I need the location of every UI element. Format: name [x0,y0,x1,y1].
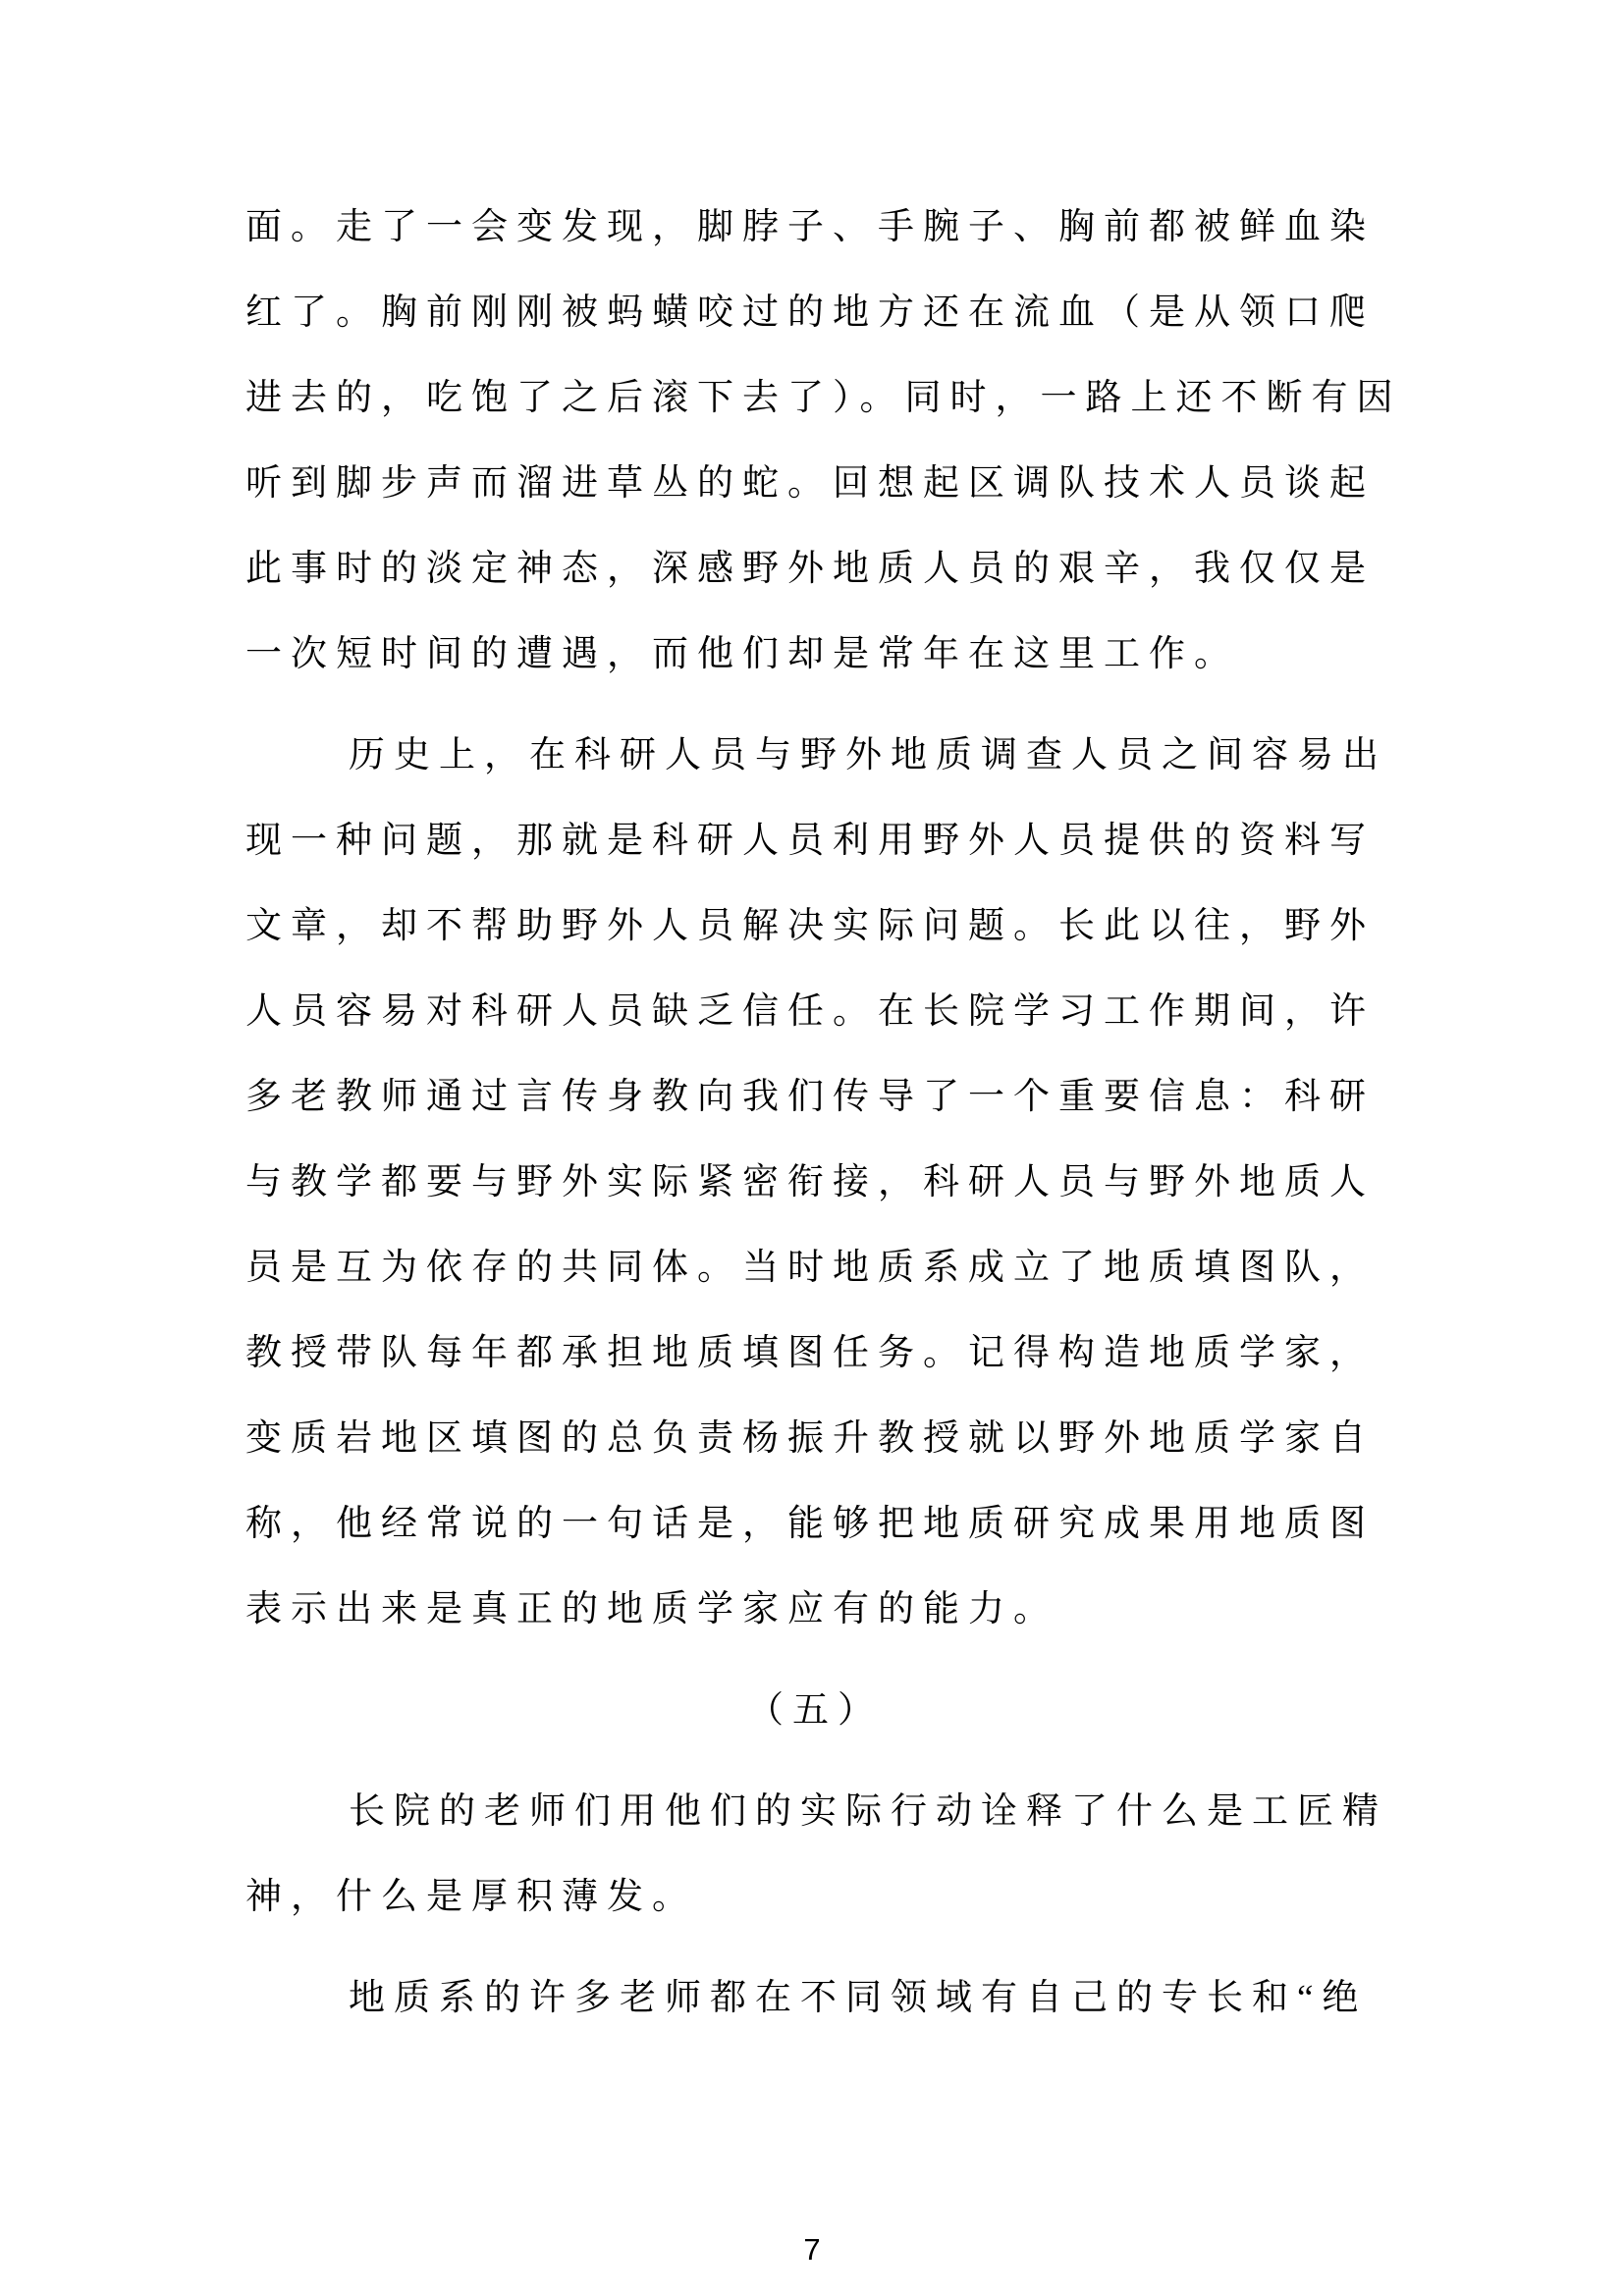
text-line: 教授带队每年都承担地质填图任务。记得构造地质学家， [245,1310,1384,1396]
text-line: 面。走了一会变发现，脚脖子、手腕子、胸前都被鲜血染 [245,185,1384,270]
text-line: 现一种问题，那就是科研人员利用野外人员提供的资料写 [245,798,1384,883]
text-line: 一次短时间的遭遇，而他们却是常年在这里工作。 [245,612,1384,697]
text-line: 此事时的淡定神态，深感野外地质人员的艰辛，我仅仅是 [245,526,1384,612]
document-page: 面。走了一会变发现，脚脖子、手腕子、胸前都被鲜血染 红了。胸前刚刚被蚂蟥咬过的地… [0,0,1624,2296]
paragraph: 地质系的许多老师都在不同领域有自己的专长和“绝 [245,1955,1384,2041]
paragraph: 长院的老师们用他们的实际行动诠释了什么是工匠精 神，什么是厚积薄发。 [245,1769,1384,1940]
text-line: 人员容易对科研人员缺乏信任。在长院学习工作期间，许 [245,969,1384,1054]
text-line: 红了。胸前刚刚被蚂蟥咬过的地方还在流血（是从领口爬 [245,270,1384,355]
text-line: 称，他经常说的一句话是，能够把地质研究成果用地质图 [245,1481,1384,1567]
text-line: 地质系的许多老师都在不同领域有自己的专长和“绝 [245,1955,1384,2041]
text-line: 历史上，在科研人员与野外地质调查人员之间容易出 [245,713,1384,798]
text-line: 听到脚步声而溜进草丛的蛇。回想起区调队技术人员谈起 [245,441,1384,526]
text-line: 进去的，吃饱了之后滚下去了）。同时，一路上还不断有因 [245,355,1384,441]
section-heading: （五） [245,1668,1384,1753]
text-line: 与教学都要与野外实际紧密衔接，科研人员与野外地质人 [245,1140,1384,1225]
section-heading-text: （五） [245,1668,1384,1753]
text-line: 员是互为依存的共同体。当时地质系成立了地质填图队， [245,1225,1384,1310]
text-line: 文章，却不帮助野外人员解决实际问题。长此以往，野外 [245,883,1384,969]
paragraph: 历史上，在科研人员与野外地质调查人员之间容易出 现一种问题，那就是科研人员利用野… [245,713,1384,1652]
text-line: 变质岩地区填图的总负责杨振升教授就以野外地质学家自 [245,1396,1384,1481]
text-line: 多老教师通过言传身教向我们传导了一个重要信息：科研 [245,1054,1384,1140]
text-line: 表示出来是真正的地质学家应有的能力。 [245,1567,1384,1652]
document-text-block: 面。走了一会变发现，脚脖子、手腕子、胸前都被鲜血染 红了。胸前刚刚被蚂蟥咬过的地… [245,185,1384,2056]
text-line: 神，什么是厚积薄发。 [245,1854,1384,1940]
paragraph: 面。走了一会变发现，脚脖子、手腕子、胸前都被鲜血染 红了。胸前刚刚被蚂蟥咬过的地… [245,185,1384,697]
page-number: 7 [0,2230,1624,2269]
text-line: 长院的老师们用他们的实际行动诠释了什么是工匠精 [245,1769,1384,1854]
